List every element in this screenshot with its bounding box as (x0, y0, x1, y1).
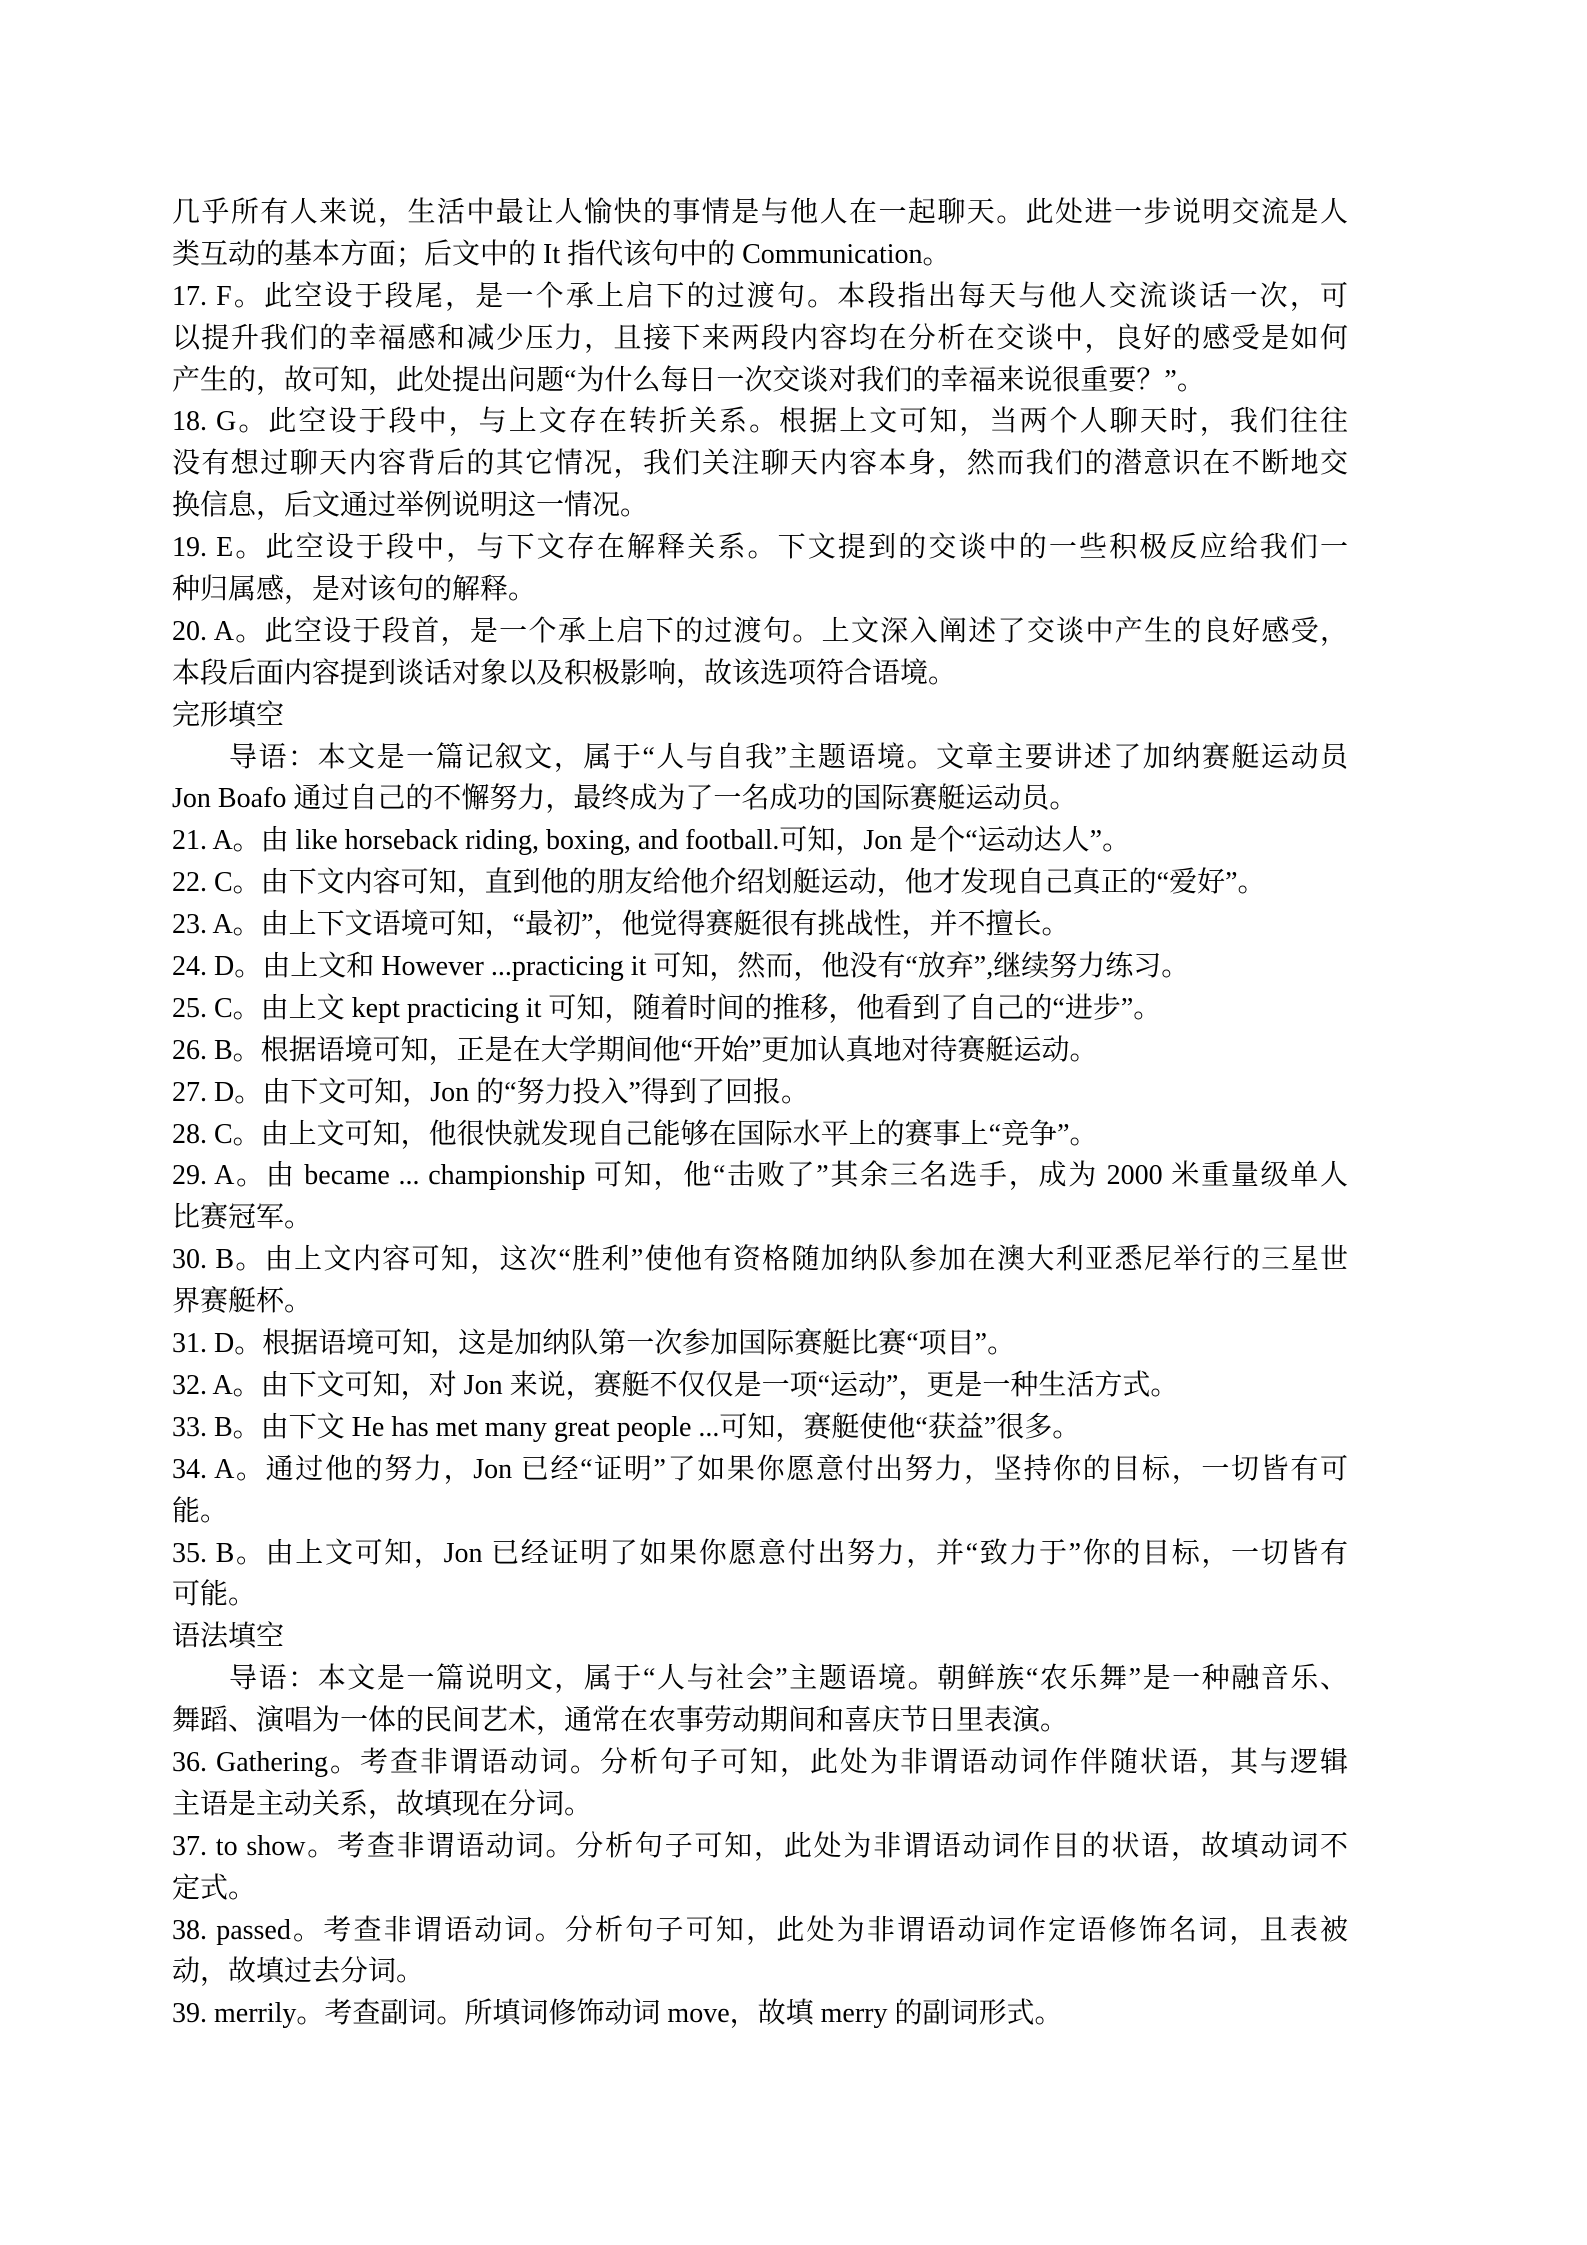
text-line: 本段后面内容提到谈话对象以及积极影响，故该选项符合语境。 (172, 653, 1348, 695)
text-line: 能。 (172, 1491, 1348, 1533)
text-line: 18. G。此空设于段中，与上文存在转折关系。根据上文可知，当两个人聊天时，我们… (172, 401, 1348, 443)
text-line: 30. B。由上文内容可知，这次“胜利”使他有资格随加纳队参加在澳大利亚悉尼举行… (172, 1239, 1348, 1281)
text-line: 没有想过聊天内容背后的其它情况，我们关注聊天内容本身，然而我们的潜意识在不断地交 (172, 443, 1348, 485)
text-line: 20. A。此空设于段首，是一个承上启下的过渡句。上文深入阐述了交谈中产生的良好… (172, 611, 1348, 653)
document-page: 几乎所有人来说，生活中最让人愉快的事情是与他人在一起聊天。此处进一步说明交流是人… (0, 0, 1587, 2245)
text-line: 25. C。由上文 kept practicing it 可知，随着时间的推移，… (172, 988, 1348, 1030)
document-body: 几乎所有人来说，生活中最让人愉快的事情是与他人在一起聊天。此处进一步说明交流是人… (172, 192, 1348, 2035)
text-line: 26. B。根据语境可知，正是在大学期间他“开始”更加认真地对待赛艇运动。 (172, 1030, 1348, 1072)
text-line: 36. Gathering。考查非谓语动词。分析句子可知，此处为非谓语动词作伴随… (172, 1742, 1348, 1784)
text-line: 31. D。根据语境可知，这是加纳队第一次参加国际赛艇比赛“项目”。 (172, 1323, 1348, 1365)
text-line: 32. A。由下文可知，对 Jon 来说，赛艇不仅仅是一项“运动”，更是一种生活… (172, 1365, 1348, 1407)
text-line: 种归属感，是对该句的解释。 (172, 569, 1348, 611)
text-line: 38. passed。考查非谓语动词。分析句子可知，此处为非谓语动词作定语修饰名… (172, 1910, 1348, 1952)
text-line: 完形填空 (172, 695, 1348, 737)
text-line: 主语是主动关系，故填现在分词。 (172, 1784, 1348, 1826)
text-line: 以提升我们的幸福感和减少压力，且接下来两段内容均在分析在交谈中，良好的感受是如何 (172, 318, 1348, 360)
text-line: 22. C。由下文内容可知，直到他的朋友给他介绍划艇运动，他才发现自己真正的“爱… (172, 862, 1348, 904)
text-line: 27. D。由下文可知，Jon 的“努力投入”得到了回报。 (172, 1072, 1348, 1114)
text-line: 39. merrily。考查副词。所填词修饰动词 move，故填 merry 的… (172, 1993, 1348, 2035)
text-line: 19. E。此空设于段中，与下文存在解释关系。下文提到的交谈中的一些积极反应给我… (172, 527, 1348, 569)
text-line: 产生的，故可知，此处提出问题“为什么每日一次交谈对我们的幸福来说很重要？”。 (172, 360, 1348, 402)
text-line: 35. B。由上文可知，Jon 已经证明了如果你愿意付出努力，并“致力于”你的目… (172, 1533, 1348, 1575)
text-line: 34. A。通过他的努力，Jon 已经“证明”了如果你愿意付出努力，坚持你的目标… (172, 1449, 1348, 1491)
text-line: 几乎所有人来说，生活中最让人愉快的事情是与他人在一起聊天。此处进一步说明交流是人 (172, 192, 1348, 234)
text-line: 舞蹈、演唱为一体的民间艺术，通常在农事劳动期间和喜庆节日里表演。 (172, 1700, 1348, 1742)
text-line: 28. C。由上文可知，他很快就发现自己能够在国际水平上的赛事上“竞争”。 (172, 1114, 1348, 1156)
text-line: 动，故填过去分词。 (172, 1951, 1348, 1993)
text-line: 可能。 (172, 1574, 1348, 1616)
text-line: 类互动的基本方面；后文中的 It 指代该句中的 Communication。 (172, 234, 1348, 276)
text-line: 17. F。此空设于段尾，是一个承上启下的过渡句。本段指出每天与他人交流谈话一次… (172, 276, 1348, 318)
text-line: 33. B。由下文 He has met many great people .… (172, 1407, 1348, 1449)
text-line: 24. D。由上文和 However ...practicing it 可知，然… (172, 946, 1348, 988)
text-line: 比赛冠军。 (172, 1197, 1348, 1239)
text-line: 界赛艇杯。 (172, 1281, 1348, 1323)
text-line: 37. to show。考查非谓语动词。分析句子可知，此处为非谓语动词作目的状语… (172, 1826, 1348, 1868)
text-line: 导语：本文是一篇说明文，属于“人与社会”主题语境。朝鲜族“农乐舞”是一种融音乐、 (172, 1658, 1348, 1700)
text-line: 语法填空 (172, 1616, 1348, 1658)
text-line: 导语：本文是一篇记叙文，属于“人与自我”主题语境。文章主要讲述了加纳赛艇运动员 (172, 737, 1348, 779)
text-line: 29. A。由 became ... championship 可知，他“击败了… (172, 1155, 1348, 1197)
text-line: 定式。 (172, 1868, 1348, 1910)
text-line: Jon Boafo 通过自己的不懈努力，最终成为了一名成功的国际赛艇运动员。 (172, 778, 1348, 820)
text-line: 21. A。由 like horseback riding, boxing, a… (172, 820, 1348, 862)
text-line: 23. A。由上下文语境可知，“最初”，他觉得赛艇很有挑战性，并不擅长。 (172, 904, 1348, 946)
text-line: 换信息，后文通过举例说明这一情况。 (172, 485, 1348, 527)
